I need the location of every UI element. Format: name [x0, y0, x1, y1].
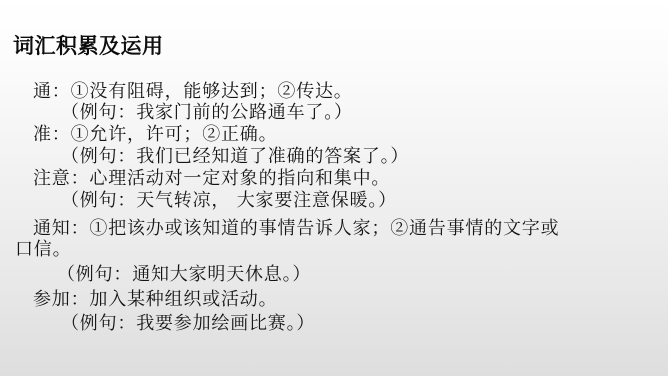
slide-title: 词汇积累及运用 — [13, 33, 164, 59]
definition-zhun: 准：①允许，许可；②正确。 — [33, 124, 277, 146]
definition-tong: 通：①没有阻碍，能够达到；②传达。 — [33, 81, 353, 103]
definition-tongzhi-continuation: 口信。 — [15, 239, 71, 261]
definition-canjia: 参加：加入某种组织或活动。 — [33, 289, 277, 311]
example-zhuyi: （例句：天气转凉， 大家要注意保暖。） — [61, 190, 397, 212]
example-tong: （例句：我家门前的公路通车了。） — [61, 102, 353, 124]
definition-zhuyi: 注意：心理活动对一定对象的指向和集中。 — [33, 168, 390, 190]
slide: 词汇积累及运用 通：①没有阻碍，能够达到；②传达。 （例句：我家门前的公路通车了… — [0, 0, 668, 376]
example-canjia: （例句：我要参加绘画比赛。） — [61, 313, 315, 335]
example-tongzhi: （例句：通知大家明天休息。） — [57, 264, 311, 286]
example-zhun: （例句：我们已经知道了准确的答案了。） — [61, 146, 409, 168]
definition-tongzhi: 通知：①把该办或该知道的事情告诉人家；②通告事情的文字或 — [33, 218, 559, 240]
